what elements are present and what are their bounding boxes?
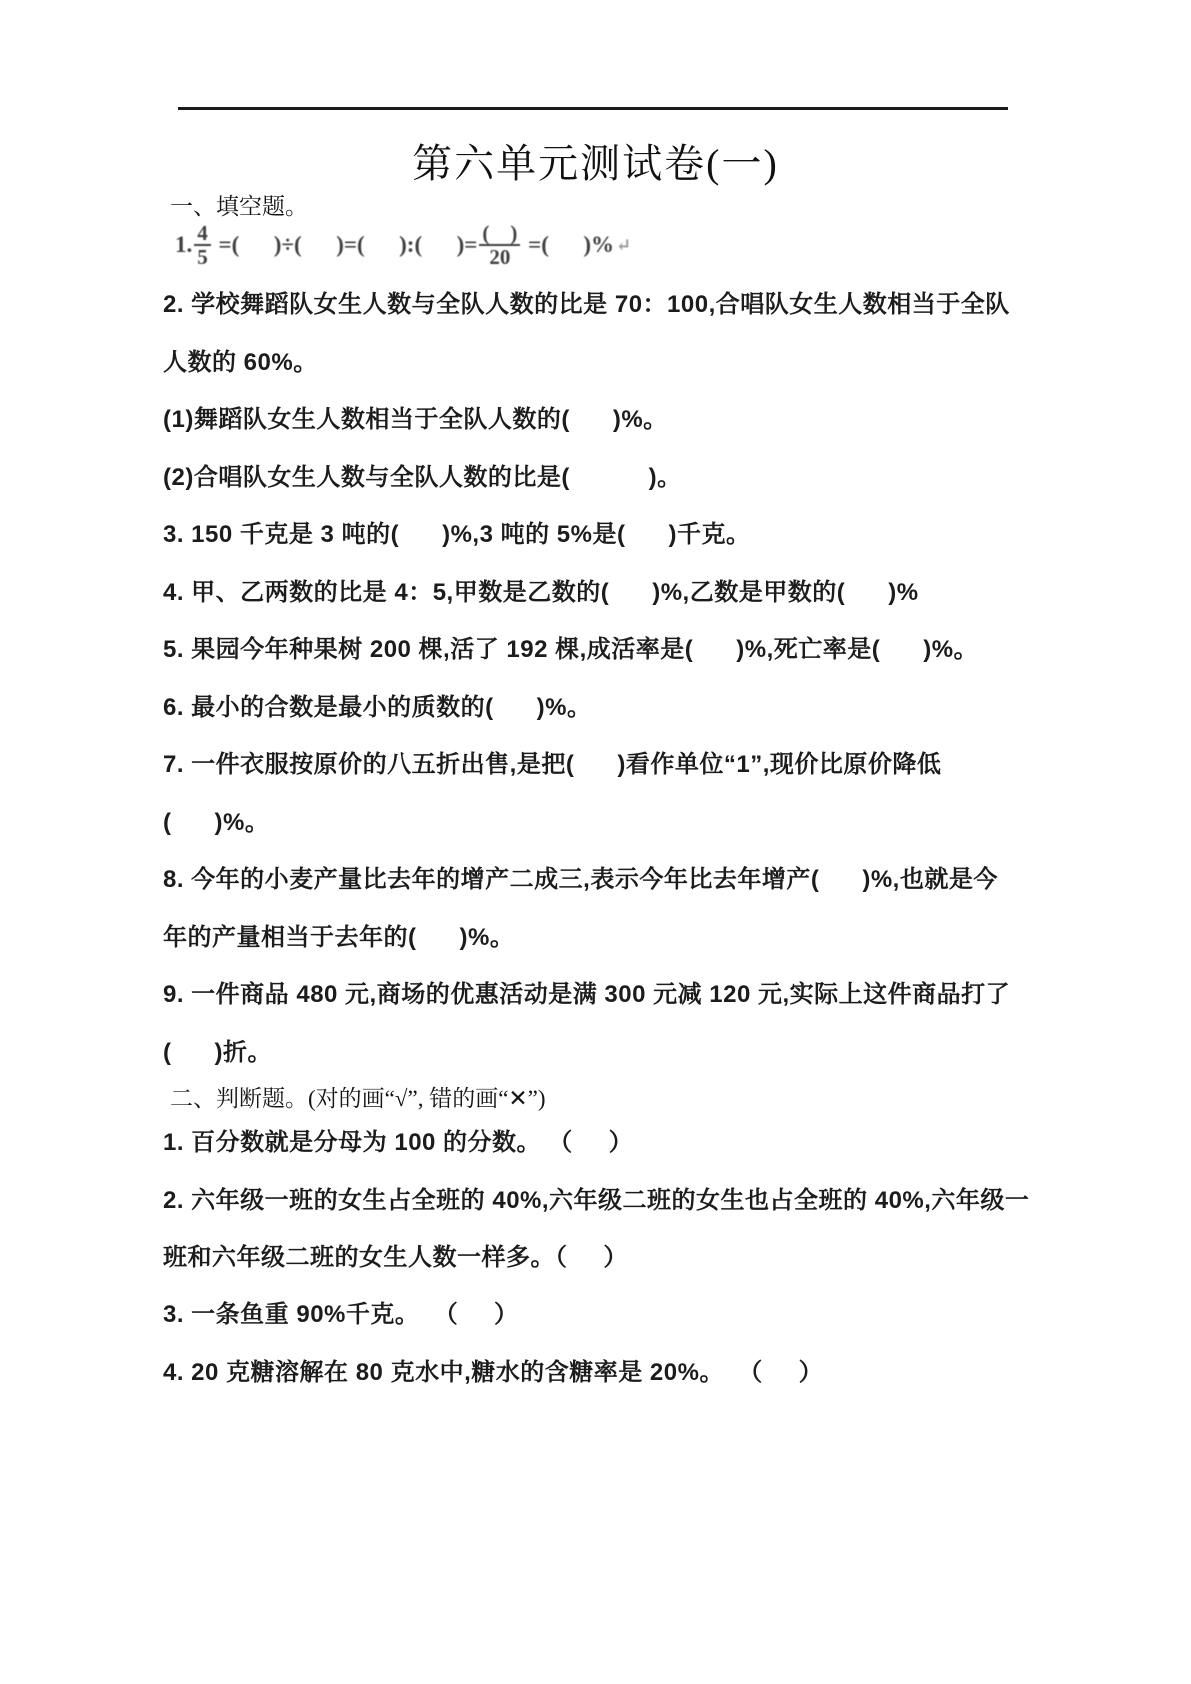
page-title: 第六单元测试卷(一): [0, 132, 1191, 189]
judge-question-2-line-2: 班和六年级二班的女生人数一样多。（ ）: [163, 1241, 628, 1274]
judge-question-1: 1. 百分数就是分母为 100 的分数。 （ ）: [163, 1126, 633, 1159]
question-number: 1.: [175, 232, 192, 258]
judge-question-2-line-1: 2. 六年级一班的女生占全班的 40%,六年级二班的女生也占全班的 40%,六年…: [163, 1184, 1029, 1217]
question-6: 6. 最小的合数是最小的质数的( )%。: [163, 691, 592, 724]
question-2-line-1: 2. 学校舞蹈队女生人数与全队人数的比是 70：100,合唱队女生人数相当于全队: [163, 288, 1010, 321]
fraction-four-fifths: 45: [194, 222, 211, 268]
question-9-line-2: ( )折。: [163, 1036, 272, 1069]
question-2-sub-1: (1)舞蹈队女生人数相当于全队人数的( )%。: [163, 403, 668, 436]
judge-question-3: 3. 一条鱼重 90%千克。 （ ）: [163, 1298, 519, 1331]
question-1-formula: 1. 45 =( )÷( )=( ):( )= ( )20 =( )% ↵: [175, 222, 631, 268]
section-fill-heading: 一、填空题。: [170, 188, 308, 221]
header-rule: [178, 107, 1008, 110]
question-7-line-1: 7. 一件衣服按原价的八五折出售,是把( )看作单位“1”,现价比原价降低: [163, 748, 941, 781]
judge-question-4: 4. 20 克糖溶解在 80 克水中,糖水的含糖率是 20%。 （ ）: [163, 1356, 823, 1389]
fraction-blank-over-20: ( )20: [479, 222, 520, 268]
question-8-line-2: 年的产量相当于去年的( )%。: [163, 921, 514, 954]
paragraph-return-icon: ↵: [616, 235, 631, 256]
section-judge-heading: 二、判断题。(对的画“√”, 错的画“✕”): [170, 1080, 546, 1113]
question-7-line-2: ( )%。: [163, 806, 269, 839]
question-4: 4. 甲、乙两数的比是 4：5,甲数是乙数的( )%,乙数是甲数的( )%: [163, 576, 919, 609]
question-8-line-1: 8. 今年的小麦产量比去年的增产二成三,表示今年比去年增产( )%,也就是今: [163, 863, 998, 896]
question-2-line-2: 人数的 60%。: [163, 346, 318, 379]
question-9-line-1: 9. 一件商品 480 元,商场的优惠活动是满 300 元减 120 元,实际上…: [163, 978, 1010, 1011]
formula-segment: =( )÷( )=( ):( )=: [213, 232, 478, 258]
test-paper-page: 第六单元测试卷(一) 一、填空题。 1. 45 =( )÷( )=( ):( )…: [0, 0, 1191, 1684]
question-2-sub-2: (2)合唱队女生人数与全队人数的比是( )。: [163, 461, 682, 494]
question-5: 5. 果园今年种果树 200 棵,活了 192 棵,成活率是( )%,死亡率是(…: [163, 633, 978, 666]
formula-segment: =( )%: [522, 232, 614, 258]
question-3: 3. 150 千克是 3 吨的( )%,3 吨的 5%是( )千克。: [163, 518, 750, 551]
